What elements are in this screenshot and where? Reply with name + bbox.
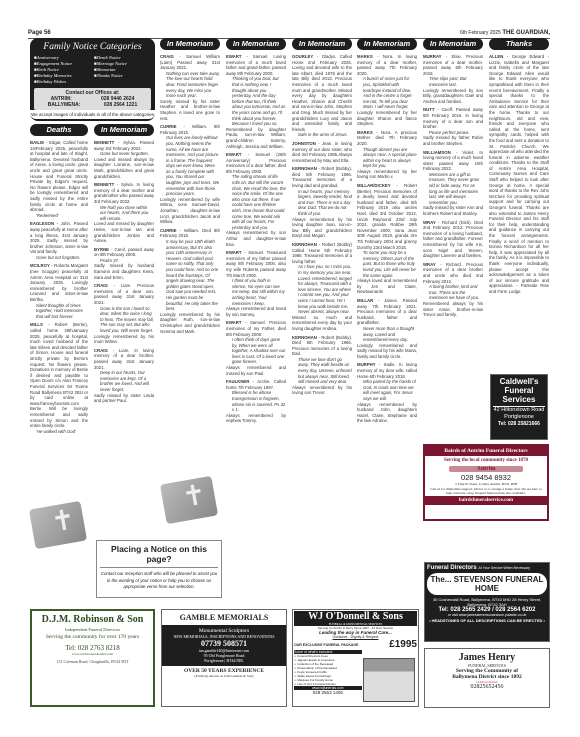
heading-deaths: Deaths	[30, 124, 88, 136]
stevenson-web[interactable]: or visit www.jamesstevensonandson.yolasi…	[427, 613, 547, 617]
bible-image	[29, 501, 87, 549]
issue-date: 6th February 2025	[460, 30, 501, 36]
robinson-tel: Tel: 028 2763 8218	[35, 644, 150, 652]
notice: KERNOHAN - Robert (Bobby). Died 5th Febr…	[292, 335, 352, 397]
memoriam-column-6: MARKS - Nora. In loving memory of a dear…	[357, 54, 417, 602]
odonnell-items: ➢ Funeral Directors Fees➢ Jaguar Hearse …	[294, 654, 362, 686]
gamble-phone: 07739 508571	[165, 639, 283, 648]
notice: NUTT - Geoff. Passed away 6th February 2…	[423, 107, 483, 146]
notice: EWART - Samuel (25th Anniversary) Precio…	[226, 152, 286, 247]
placing-notice-box: Placing a Notice on this page? Contact o…	[96, 540, 222, 598]
notice: EWART - Samuel. Precious memories of my …	[226, 320, 286, 376]
category-item: Birthday Wishes	[34, 79, 91, 85]
notice: WRAY - Richard (Dick). Died 2nd February…	[423, 220, 483, 259]
henry-phone: 02825652456	[428, 684, 546, 690]
notice: EWART - Samuel. Treasured memories of my…	[226, 250, 286, 317]
stevenson-ad: Funeral Directors At Your Service When N…	[424, 562, 550, 642]
bairds-title: Bairds of Antrim Funeral Directors	[425, 446, 547, 456]
bible-image	[160, 476, 218, 524]
bairds-ad: Bairds of Antrim Funeral Directors Servi…	[423, 444, 549, 521]
page-number: Page 56	[28, 30, 51, 36]
robinson-ad: D.J.M. Robinson & Son Independent Funera…	[30, 609, 155, 707]
placing-body: Contact our reception staff who will be …	[100, 571, 218, 591]
memoriam-column-7: MURRAY - Elsie. Precious memories of a d…	[423, 54, 483, 438]
gamble-addr2: Portglenone | BT44 8DL	[165, 658, 283, 663]
stevenson-headstones: • HEADSTONES OF ALL DESCRIPTIONS CAN BE …	[427, 618, 547, 623]
gamble-ad: GAMBLE MEMORIALS Monumental Sculptors NE…	[161, 609, 287, 707]
notice: BENNETT - Sylvia. Passed away 3rd Februa…	[94, 140, 154, 179]
memoriam-column-5: GOURLEY - Gladys. Called Home 2nd Februa…	[292, 54, 352, 602]
notice: MURRAY - Elsie. Precious memories of a d…	[423, 54, 483, 104]
funeral-home-photo	[363, 658, 415, 702]
heading-memoriam-5: In Memoriam	[292, 38, 352, 50]
notice: BYRNE - Carol, passed away on 8th Februa…	[94, 247, 154, 281]
heading-memoriam-4: In Memoriam	[226, 38, 286, 50]
family-notice-categories: Family Notice Categories AnniversaryDeat…	[30, 38, 155, 121]
caldwell-name: Caldwell's Funeral Services	[493, 377, 545, 407]
office-ballymena: BALLYMENA:028 2564 1221	[36, 102, 149, 108]
notice: CURRIE - William. 8th February 2015.Our …	[160, 124, 220, 225]
notice: MILLAR - James. Passed away 7th February…	[357, 298, 417, 360]
notice: CRAIG - Liam. In loving memory of a dear…	[94, 348, 154, 404]
heading-thanks: Thanks	[489, 38, 549, 50]
notice: CRAIG - Samuel William (Liam) Passed awa…	[160, 54, 220, 121]
notice: WILLIAMSON - Violet. In loving memory of…	[423, 150, 483, 217]
gamble-name: GAMBLE MEMORIALS	[162, 610, 286, 625]
contact-box: Contact our Offices at: ANTRIM:028 9446 …	[34, 88, 151, 110]
notice: MARKS - Nora. A precious Mother died 7th…	[357, 130, 417, 180]
robinson-name: D.J.M. Robinson & Son	[35, 614, 150, 625]
notice: JOHNSTON - Jean. In loving memory of our…	[292, 141, 352, 163]
category-item: Thanks Notice	[94, 73, 151, 79]
memoriam-column-2: BENNETT - Sylvia. Passed away 3rd Februa…	[94, 140, 154, 530]
notice: FAULKNER - Archie. Called home 7th Febru…	[226, 379, 286, 424]
accept-images-note: We accept images of individuals in all o…	[30, 110, 155, 119]
notice: GOURLEY - Gladys. Called Home 2nd Februa…	[292, 54, 352, 138]
gamble-exp: OVER 50 YEARS EXPERIENCE	[162, 666, 286, 674]
bairds-tagline: Serving the local community since 1870	[425, 456, 547, 465]
odonnell-ad: WJ O'Donnell & Sons FUNERAL & MONUMENTAL…	[292, 609, 419, 707]
placing-title: Placing a Notice on this page?	[100, 544, 218, 568]
notice: MARKS - Nora. In loving memory of a dear…	[357, 54, 417, 127]
odonnell-price: £1995	[389, 639, 417, 650]
gamble-formerly: (Formerly known as John Gamble & Son)	[162, 674, 286, 678]
memoriam-column-4: EWART - Samuel. Loving memories of a muc…	[226, 54, 286, 536]
categories-title: Family Notice Categories	[34, 42, 151, 52]
notice: MILLAR/DICKEY - Robert (Bertie). Preciou…	[357, 183, 417, 295]
heading-memoriam-3: In Memoriam	[160, 38, 220, 50]
notice: BENNETT - Sylvia. In loving memory of a …	[94, 182, 154, 244]
bairds-body: Call us for immediate support, advice or…	[425, 486, 547, 496]
deaths-column: BAILIE - Edgar. Called home 1stFebruary …	[30, 140, 88, 498]
paper-name: THE GUARDIAN,	[502, 30, 550, 36]
bairds-phone: 028 9454 8932	[425, 473, 547, 482]
notice: KERNOHAN - Robert (Bobby) Called Home 5t…	[292, 242, 352, 332]
heading-memoriam-6: In Memoriam	[357, 38, 417, 50]
caldwell-ad: Caldwell's Funeral Services 42 Hiltonsto…	[490, 374, 548, 440]
stevenson-header: Funeral Directors	[427, 565, 477, 571]
james-henry-ad: James Henry FUNERAL SERVICES Serving the…	[424, 648, 550, 708]
notice: KERNOHAN - Robert (Bobby), died 5th Febr…	[292, 166, 352, 239]
stevenson-address: 30 Cushendall Road, Ballymena, BT43 6HD …	[427, 597, 547, 607]
notice: CRAIG - Liam. Precious memories of a dea…	[94, 283, 154, 345]
heading-memoriam-2: In Memoriam	[94, 124, 154, 136]
notice: MCILROY - Roberta Margaret (nee Scoggie)…	[30, 263, 88, 319]
odonnell-phone: 028 2563 1406	[294, 690, 362, 695]
notice: EWART - Samuel. Loving memories of a muc…	[226, 54, 286, 149]
notice: CURRIE - William. Died 8th February 2015…	[160, 228, 220, 334]
bairds-town: Antrim	[449, 466, 522, 472]
memoriam-column-3: CRAIG - Samuel William (Liam) Passed awa…	[160, 54, 220, 474]
robinson-sub: Independent Funeral Directors	[35, 627, 150, 632]
bairds-web[interactable]: bairdsfuneralservice.com	[425, 496, 547, 505]
robinson-serving: Serving the community for over 170 years	[35, 634, 150, 640]
categories-list: AnniversaryDeath NoticeEngagement Notice…	[34, 55, 151, 85]
robinson-web[interactable]: www.robinsonandsonltd.com	[35, 652, 150, 656]
caldwell-tel: Tel: 028 25821666	[493, 421, 545, 427]
notice: MURPHY - Sadie. In loving memory of my d…	[357, 362, 417, 424]
notice: MILLS - Robert (Bertie), called home 29t…	[30, 322, 88, 434]
heading-memoriam-7: In Memoriam	[423, 38, 483, 50]
notice: EAGLESON - John. Passed away peacefully …	[30, 221, 88, 260]
robinson-address: 131 Coleman Road, Cloughmills, BT44 9DT	[35, 659, 150, 664]
odonnell-name: WJ O'Donnell & Sons	[294, 611, 417, 622]
thanks-column: ALLEN - George Edward - Lizzie, Isabella…	[489, 54, 549, 374]
odonnell-package: OUR EXCLUSIVE FUNERAL PACKAGE	[294, 643, 358, 647]
notice: WRAY - Richard. Precious memories of a d…	[423, 262, 483, 318]
caldwell-address: 42 Hiltonstown Road Portglenone	[493, 407, 545, 421]
henry-name: James Henry	[428, 652, 546, 663]
stevenson-name: The... STEVENSON FUNERAL HOME	[427, 573, 547, 595]
notice: BAILIE - Edgar. Called home 1stFebruary …	[30, 140, 88, 218]
